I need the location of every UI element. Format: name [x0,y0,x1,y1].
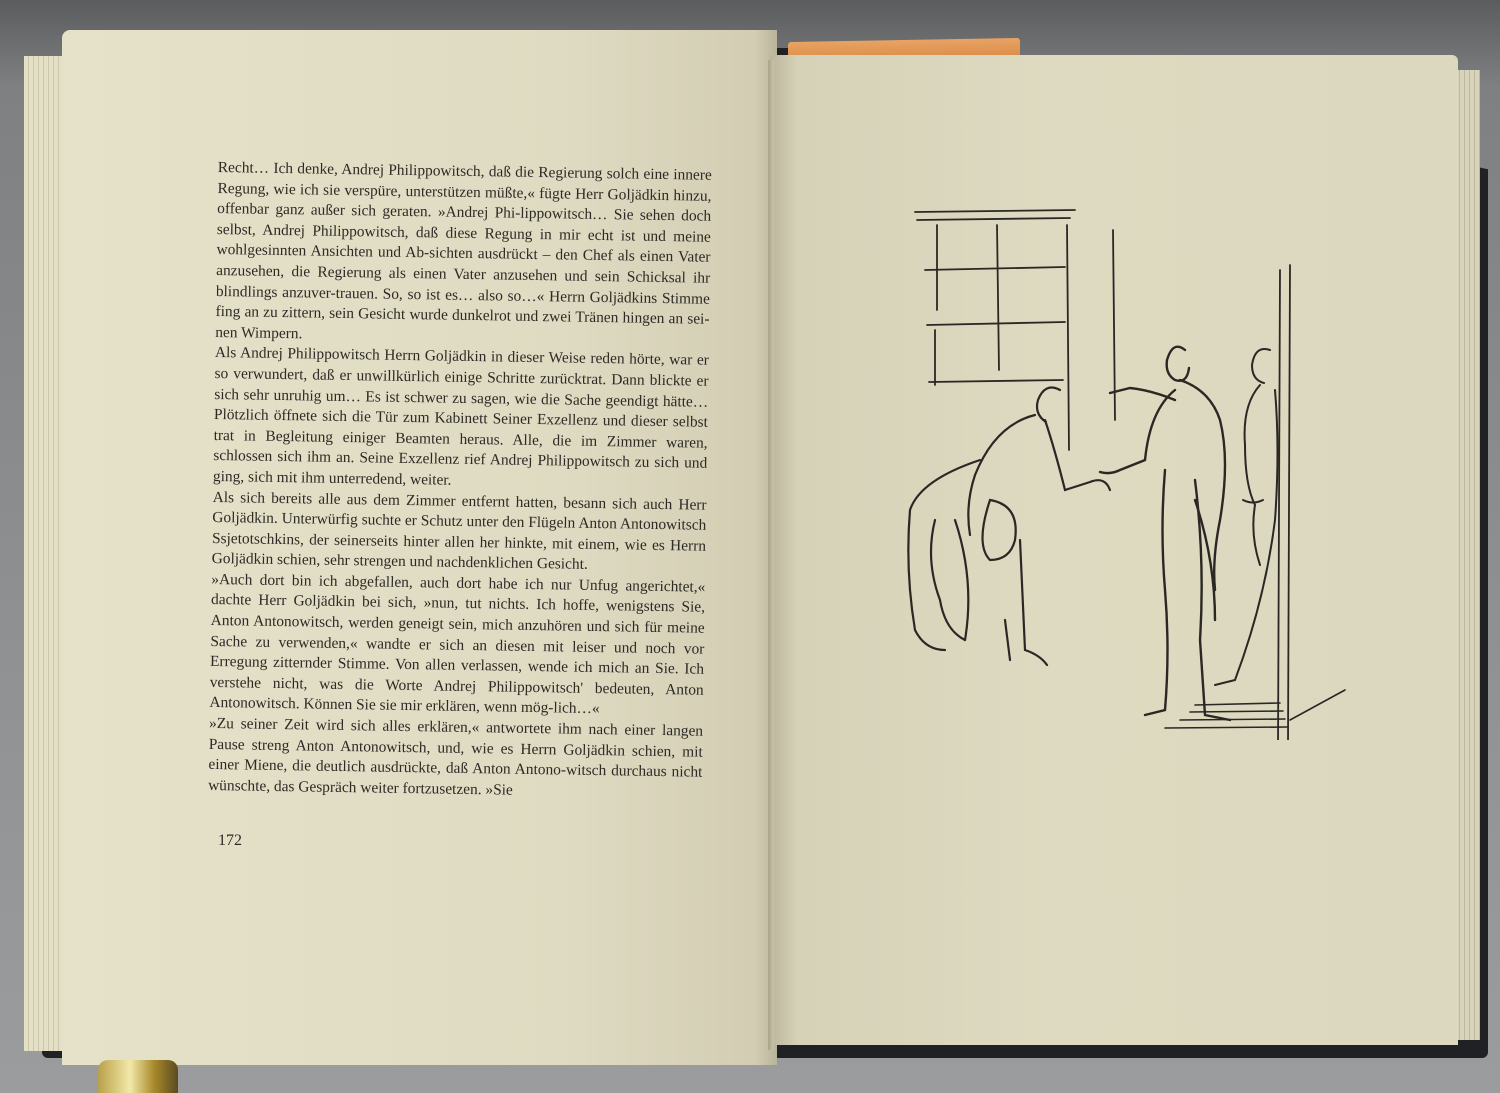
paragraph: »Zu seiner Zeit wird sich alles erklären… [208,714,703,804]
page-number: 172 [218,832,242,850]
steps-sketch [1165,690,1345,728]
doorway-figure [1215,349,1278,685]
ink-illustration [895,200,1365,740]
window-sketch [915,210,1290,740]
tailcoat-gentleman-figure [1100,347,1230,720]
bowing-clerk-figure [908,388,1110,665]
paragraph: »Auch dort bin ich abgefallen, auch dort… [209,570,705,722]
book-gutter [768,60,774,1050]
left-page-text: Recht… Ich denke, Andrej Philippowitsch,… [208,158,712,804]
gold-ribbon-marker [98,1060,178,1093]
paragraph: Recht… Ich denke, Andrej Philippowitsch,… [215,158,712,351]
paragraph: Als sich bereits alle aus dem Zimmer ent… [212,487,707,577]
paragraph: Als Andrej Philippowitsch Herrn Goljädki… [213,343,709,495]
